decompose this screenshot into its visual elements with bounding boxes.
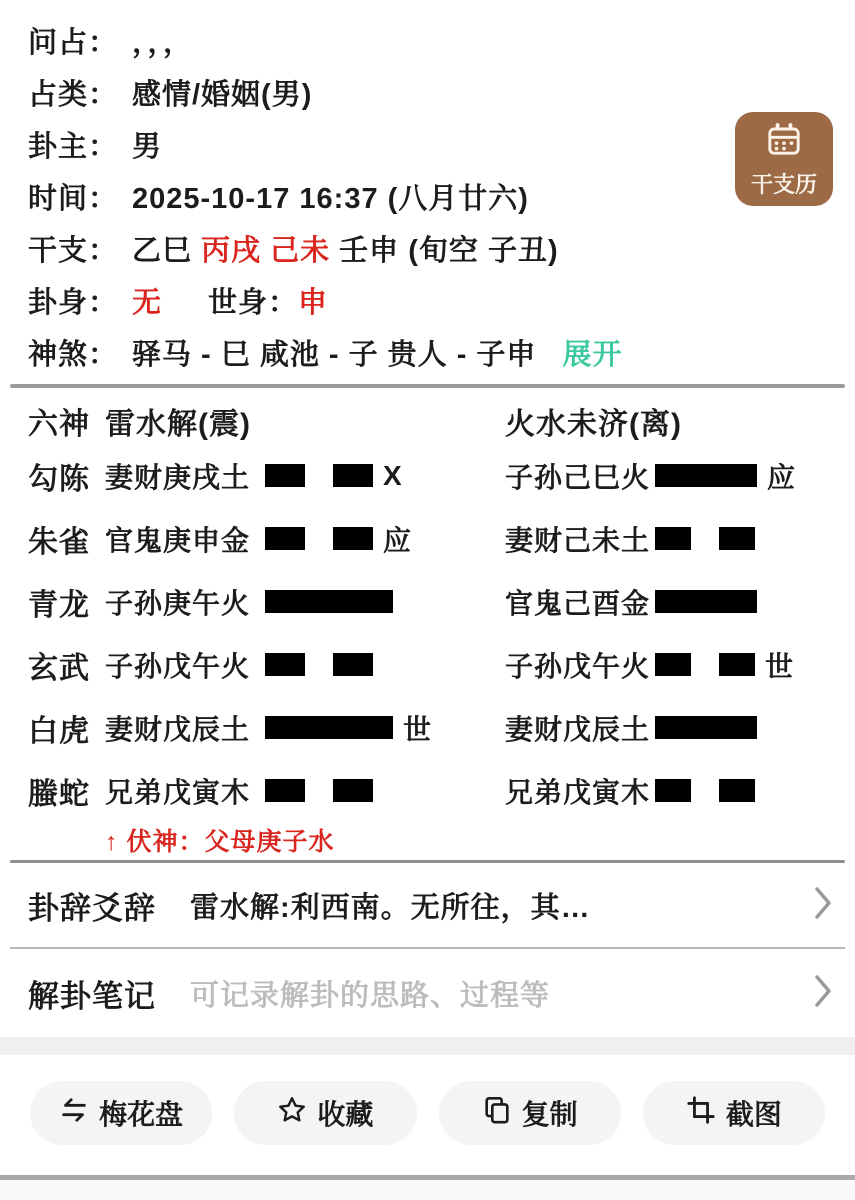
shensha-value: 驿马 - 巳 咸池 - 子 贵人 - 子申 (132, 332, 536, 373)
yao-marker: 世 (765, 645, 793, 685)
yao-row: 玄武 子孙戊午火 (28, 633, 431, 696)
querent-value: 男 (132, 124, 162, 165)
favorite-label: 收藏 (317, 1093, 373, 1133)
yao-text: 子孙戊午火 (105, 645, 265, 685)
copy-label: 复制 (522, 1093, 578, 1133)
star-icon (277, 1095, 307, 1132)
yao-row: 子孙己巳火 应 (505, 444, 795, 507)
yao-text: 子孙戊午火 (505, 645, 655, 685)
querent-row: 卦主： 男 (28, 118, 855, 170)
main-hexagram-title: 雷水解(震) (105, 399, 251, 443)
six-god-label: 朱雀 (28, 517, 105, 561)
yao-marker: 世 (403, 708, 431, 748)
yao-line (655, 527, 755, 550)
yao-text: 妻财戊辰土 (505, 708, 655, 748)
category-label: 占类： (28, 72, 132, 113)
yao-line (655, 779, 755, 802)
hexagram-text-preview: 雷水解:利西南。无所往，其… (190, 885, 813, 926)
yao-text: 官鬼庚申金 (105, 519, 265, 559)
ganzhi-after: 壬申 (旬空 子丑) (330, 228, 559, 269)
category-value: 感情/婚姻(男) (132, 72, 312, 113)
yao-row: 子孙戊午火 世 (505, 633, 795, 696)
ganzhi-label: 干支： (28, 228, 132, 269)
yao-marker: X (383, 460, 402, 492)
copy-button[interactable]: 复制 (439, 1081, 621, 1145)
six-god-label: 玄武 (28, 643, 105, 687)
question-row: 问占： ，，， (28, 14, 855, 66)
changed-hexagram-title: 火水未济(离) (505, 399, 682, 443)
hexagram-text-label: 卦辞爻辞 (28, 883, 156, 928)
expand-link[interactable]: 展开 (562, 332, 622, 373)
guashen-value: 无 (132, 280, 162, 321)
hexagram-section: 六神 雷水解(震) 勾陈 妻财庚戌土 X 朱雀 官鬼庚申金 应 青龙 子孙庚午火… (0, 388, 855, 854)
yao-row: 青龙 子孙庚午火 (28, 570, 431, 633)
bottom-toolbar: 梅花盘 收藏 复制 截图 (0, 1055, 855, 1175)
shensha-label: 神煞： (28, 332, 132, 373)
yao-text: 兄弟戊寅木 (105, 771, 265, 811)
screenshot-label: 截图 (726, 1093, 782, 1133)
ganzhi-calendar-button[interactable]: 干支历 (735, 112, 833, 206)
yao-row: 朱雀 官鬼庚申金 应 (28, 507, 431, 570)
guashen-label: 卦身： (28, 280, 132, 321)
screenshot-button[interactable]: 截图 (643, 1081, 825, 1145)
yao-text: 官鬼己酉金 (505, 582, 655, 622)
yao-text: 兄弟戊寅木 (505, 771, 655, 811)
crop-icon (686, 1095, 716, 1132)
notes-row[interactable]: 解卦笔记 可记录解卦的思路、过程等 (0, 949, 855, 1037)
favorite-button[interactable]: 收藏 (234, 1081, 416, 1145)
yao-row: 勾陈 妻财庚戌土 X (28, 444, 431, 507)
yao-text: 妻财戊辰土 (105, 708, 265, 748)
calendar-button-label: 干支历 (751, 168, 817, 199)
yao-line (655, 590, 757, 613)
yao-line (655, 464, 757, 487)
yao-row: 螣蛇 兄弟戊寅木 (28, 759, 431, 822)
yao-row: 白虎 妻财戊辰土 世 (28, 696, 431, 759)
six-god-label: 青龙 (28, 580, 105, 624)
six-god-label: 白虎 (28, 706, 105, 750)
ganzhi-before: 乙巳 (132, 228, 201, 269)
yao-line (265, 464, 373, 487)
plum-blossom-label: 梅花盘 (99, 1093, 183, 1133)
yao-line (265, 653, 373, 676)
chevron-right-icon (813, 885, 833, 926)
shishen-label: 世身： (208, 280, 298, 321)
ganzhi-row: 干支： 乙巳 丙戌 己未 壬申 (旬空 子丑) (28, 222, 855, 274)
six-god-label: 螣蛇 (28, 769, 105, 813)
calendar-icon (764, 119, 804, 165)
querent-label: 卦主： (28, 124, 132, 165)
yao-row: 官鬼己酉金 (505, 570, 795, 633)
plum-blossom-button[interactable]: 梅花盘 (30, 1081, 212, 1145)
ganzhi-highlight: 丙戌 己未 (201, 228, 330, 269)
hidden-spirit-note: ↑ 伏神：父母庚子水 (105, 822, 431, 854)
question-label: 问占： (28, 20, 132, 61)
changed-hexagram-column: 火水未济(离) 子孙己巳火 应 妻财己未土 官鬼己酉金 子孙戊午火 世 妻财戊辰… (505, 398, 795, 822)
shishen-value: 申 (298, 280, 328, 321)
main-hexagram-column: 六神 雷水解(震) 勾陈 妻财庚戌土 X 朱雀 官鬼庚申金 应 青龙 子孙庚午火… (28, 398, 431, 854)
notes-label: 解卦笔记 (28, 971, 156, 1016)
category-row: 占类： 感情/婚姻(男) (28, 66, 855, 118)
changed-hexagram-header: 火水未济(离) (505, 398, 795, 444)
guashen-row: 卦身： 无 世身： 申 (28, 274, 855, 326)
shensha-row: 神煞： 驿马 - 巳 咸池 - 子 贵人 - 子申 展开 (28, 326, 855, 378)
yao-row: 妻财戊辰土 (505, 696, 795, 759)
question-info: 问占： ，，， 占类： 感情/婚姻(男) 卦主： 男 时间： 2025-10-1… (0, 0, 855, 378)
yao-text: 子孙己巳火 (505, 456, 655, 496)
yao-row: 妻财己未土 (505, 507, 795, 570)
yao-line (655, 716, 757, 739)
yao-row: 兄弟戊寅木 (505, 759, 795, 822)
yao-marker: 应 (767, 456, 795, 496)
main-hexagram-header: 六神 雷水解(震) (28, 398, 431, 444)
yao-text: 妻财庚戌土 (105, 456, 265, 496)
yao-marker: 应 (383, 519, 411, 559)
time-label: 时间： (28, 176, 132, 217)
footer-strip (0, 1180, 855, 1200)
copy-icon (482, 1095, 512, 1132)
yao-text: 妻财己未土 (505, 519, 655, 559)
yao-line (265, 779, 373, 802)
yao-line (265, 590, 393, 613)
swap-icon (59, 1095, 89, 1132)
hexagram-text-row[interactable]: 卦辞爻辞 雷水解:利西南。无所往，其… (0, 863, 855, 947)
six-god-label: 勾陈 (28, 454, 105, 498)
separator-band (0, 1037, 855, 1055)
time-value: 2025-10-17 16:37 (八月廿六) (132, 176, 529, 217)
chevron-right-icon (813, 973, 833, 1014)
yao-text: 子孙庚午火 (105, 582, 265, 622)
six-god-title: 六神 (28, 399, 105, 443)
yao-line (265, 527, 373, 550)
yao-line (265, 716, 393, 739)
time-row: 时间： 2025-10-17 16:37 (八月廿六) (28, 170, 855, 222)
question-value: ，，， (132, 20, 193, 61)
notes-placeholder: 可记录解卦的思路、过程等 (190, 973, 813, 1014)
yao-line (655, 653, 755, 676)
